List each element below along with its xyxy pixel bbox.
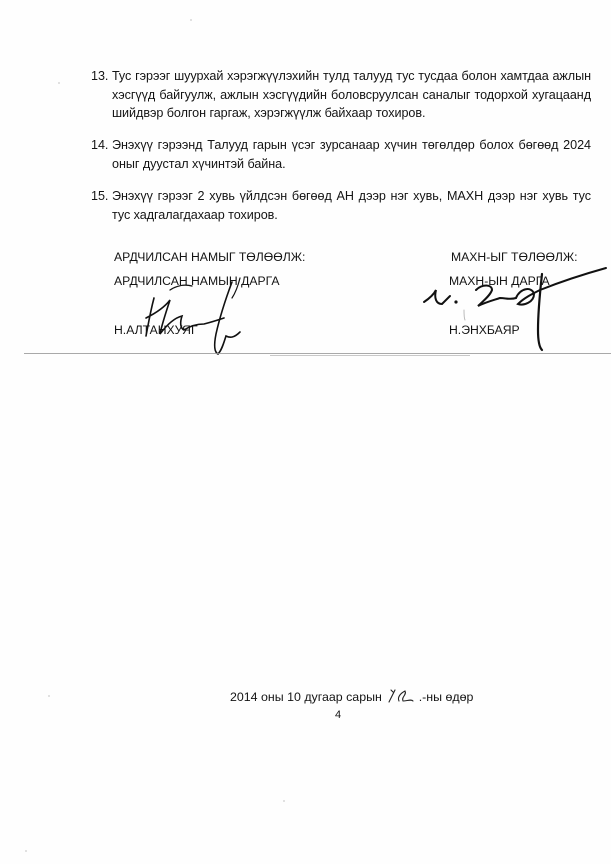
clause-number: 15. bbox=[91, 187, 108, 206]
clause-text: Тус гэрээг шуурхай хэрэгжүүлэхийн тулд т… bbox=[112, 67, 591, 123]
clause-number: 13. bbox=[91, 67, 108, 86]
scan-speck bbox=[48, 695, 50, 697]
date-suffix: .-ны өдөр bbox=[419, 690, 474, 704]
scan-speck bbox=[190, 19, 192, 21]
clause-text: Энэхүү гэрээнд Талууд гарын үсэг зурсана… bbox=[112, 136, 591, 173]
document-page: 13. Тус гэрээг шуурхай хэрэгжүүлэхийн ту… bbox=[0, 0, 611, 864]
left-signature-icon bbox=[140, 278, 250, 358]
clause-15: 15. Энэхүү гэрээг 2 хувь үйлдсэн бөгөөд … bbox=[91, 187, 591, 224]
scan-speck bbox=[25, 850, 27, 852]
horizontal-divider bbox=[24, 353, 611, 354]
scan-speck bbox=[283, 800, 285, 802]
clause-14: 14. Энэхүү гэрээнд Талууд гарын үсэг зур… bbox=[91, 136, 591, 173]
scan-speck bbox=[58, 82, 60, 84]
handwritten-day-icon bbox=[385, 689, 415, 703]
clause-text: Энэхүү гэрээг 2 хувь үйлдсэн бөгөөд АН д… bbox=[112, 187, 591, 224]
horizontal-divider-shadow bbox=[270, 355, 470, 356]
clause-13: 13. Тус гэрээг шуурхай хэрэгжүүлэхийн ту… bbox=[91, 67, 591, 123]
right-signature-icon bbox=[420, 268, 610, 358]
date-line: 2014 оны 10 дугаар сарын .-ны өдөр bbox=[230, 689, 473, 704]
right-representing-label: МАХН-ЫГ ТӨЛӨӨЛЖ: bbox=[451, 250, 578, 265]
left-representing-label: АРДЧИЛСАН НАМЫГ ТӨЛӨӨЛЖ: bbox=[114, 250, 305, 265]
clause-number: 14. bbox=[91, 136, 108, 155]
date-prefix: 2014 оны 10 дугаар сарын bbox=[230, 690, 382, 704]
page-number: 4 bbox=[335, 709, 341, 721]
